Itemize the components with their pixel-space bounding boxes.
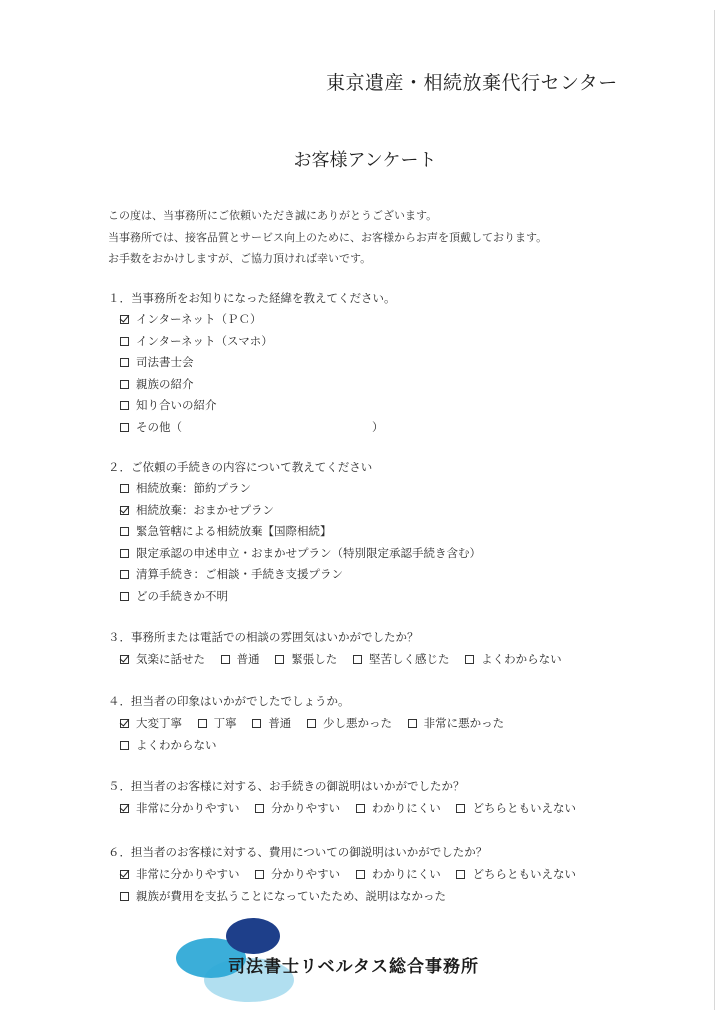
option-acquaintance-referral[interactable]: 知り合いの紹介	[108, 395, 396, 417]
organization-name: 東京遺産・相続放棄代行センター	[326, 68, 618, 95]
question-title: ５．担当者のお客様に対する、お手続きの御説明はいかがでしたか？	[108, 775, 588, 797]
question-2: ２．ご依頼の手続きの内容について教えてください 相続放棄：節約プラン 相続放棄：…	[108, 456, 481, 607]
option-relative-referral[interactable]: 親族の紹介	[108, 374, 396, 396]
page-title: お客様アンケート	[0, 146, 720, 172]
checkbox-icon[interactable]	[307, 719, 316, 728]
option-clear[interactable]: 分かりやすい	[255, 863, 340, 885]
options-row: 親族が費用を支払うことになっていたため、説明はなかった	[108, 885, 588, 907]
checkbox-icon[interactable]	[356, 804, 365, 813]
checkbox-icon[interactable]	[120, 592, 129, 601]
question-title: １．当事務所をお知りになった経緯を教えてください。	[108, 287, 396, 309]
question-1: １．当事務所をお知りになった経緯を教えてください。 インターネット（ＰＣ） イン…	[108, 287, 396, 438]
checkbox-icon[interactable]	[120, 380, 129, 389]
option-polite[interactable]: 丁寧	[198, 712, 237, 734]
question-5: ５．担当者のお客様に対する、お手続きの御説明はいかがでしたか？ 非常に分かりやす…	[108, 775, 588, 819]
option-other[interactable]: その他（）	[108, 417, 396, 439]
checkbox-icon[interactable]	[275, 655, 284, 664]
option-neutral[interactable]: どちらともいえない	[456, 797, 576, 819]
firm-logo: 司法書士リベルタス総合事務所	[176, 918, 556, 1008]
options-row: よくわからない	[108, 734, 516, 756]
checkbox-icon[interactable]	[221, 655, 230, 664]
option-slightly-bad[interactable]: 少し悪かった	[307, 712, 392, 734]
option-emergency-international[interactable]: 緊急管轄による相続放棄【国際相続】	[108, 521, 481, 543]
options-row: 非常に分かりやすい 分かりやすい わかりにくい どちらともいえない	[108, 797, 588, 819]
checkbox-icon[interactable]	[353, 655, 362, 664]
option-liquidation-support[interactable]: 清算手続き：ご相談・手続き支援プラン	[108, 564, 481, 586]
checkbox-icon[interactable]	[120, 484, 129, 493]
checkbox-icon[interactable]	[456, 870, 465, 879]
checkbox-icon[interactable]	[408, 719, 417, 728]
options-row: 非常に分かりやすい 分かりやすい わかりにくい どちらともいえない	[108, 863, 588, 885]
question-title: ３．事務所または電話での相談の雰囲気はいかがでしたか？	[108, 626, 574, 648]
intro-line: 当事務所では、接客品質とサービス向上のために、お客様からお声を頂戴しております。	[108, 227, 547, 249]
option-renunciation-full-service[interactable]: 相続放棄：おまかせプラン	[108, 500, 481, 522]
option-normal[interactable]: 普通	[252, 712, 291, 734]
checkbox-checked-icon[interactable]	[120, 719, 129, 728]
checkbox-icon[interactable]	[255, 870, 264, 879]
checkbox-icon[interactable]	[120, 741, 129, 750]
checkbox-icon[interactable]	[120, 401, 129, 410]
checkbox-icon[interactable]	[255, 804, 264, 813]
option-nervous[interactable]: 緊張した	[275, 648, 337, 670]
intro-line: この度は、当事務所にご依頼いただき誠にありがとうございます。	[108, 205, 547, 227]
logo-circle-dark-icon	[226, 918, 280, 954]
option-renunciation-economy[interactable]: 相続放棄：節約プラン	[108, 478, 481, 500]
checkbox-icon[interactable]	[120, 358, 129, 367]
checkbox-checked-icon[interactable]	[120, 870, 129, 879]
checkbox-icon[interactable]	[465, 655, 474, 664]
option-unclear[interactable]: わかりにくい	[356, 863, 441, 885]
checkbox-icon[interactable]	[198, 719, 207, 728]
option-not-sure[interactable]: よくわからない	[465, 648, 562, 670]
option-very-polite[interactable]: 大変丁寧	[120, 712, 182, 734]
checkbox-checked-icon[interactable]	[120, 506, 129, 515]
question-title: ２．ご依頼の手続きの内容について教えてください	[108, 456, 481, 478]
option-limited-acceptance[interactable]: 限定承認の申述申立・おまかせプラン（特別限定承認手続き含む）	[108, 543, 481, 565]
option-relaxed[interactable]: 気楽に話せた	[120, 648, 205, 670]
checkbox-checked-icon[interactable]	[120, 315, 129, 324]
option-not-sure[interactable]: よくわからない	[120, 734, 217, 756]
checkbox-icon[interactable]	[120, 423, 129, 432]
option-very-clear[interactable]: 非常に分かりやすい	[120, 863, 240, 885]
option-unclear[interactable]: わかりにくい	[356, 797, 441, 819]
checkbox-icon[interactable]	[120, 892, 129, 901]
checkbox-icon[interactable]	[120, 337, 129, 346]
option-relative-paid-no-explanation[interactable]: 親族が費用を支払うことになっていたため、説明はなかった	[120, 885, 446, 907]
option-clear[interactable]: 分かりやすい	[255, 797, 340, 819]
intro-text: この度は、当事務所にご依頼いただき誠にありがとうございます。 当事務所では、接客…	[108, 205, 547, 270]
options-row: 気楽に話せた 普通 緊張した 堅苦しく感じた よくわからない	[108, 648, 574, 670]
intro-line: お手数をおかけしますが、ご協力頂ければ幸いです。	[108, 248, 547, 270]
question-6: ６．担当者のお客様に対する、費用についての御説明はいかがでしたか？ 非常に分かり…	[108, 841, 588, 907]
checkbox-icon[interactable]	[252, 719, 261, 728]
option-internet-pc[interactable]: インターネット（ＰＣ）	[108, 309, 396, 331]
question-title: ４．担当者の印象はいかがでしたでしょうか。	[108, 690, 516, 712]
checkbox-icon[interactable]	[356, 870, 365, 879]
option-formal[interactable]: 堅苦しく感じた	[353, 648, 450, 670]
question-3: ３．事務所または電話での相談の雰囲気はいかがでしたか？ 気楽に話せた 普通 緊張…	[108, 626, 574, 670]
checkbox-icon[interactable]	[456, 804, 465, 813]
option-neutral[interactable]: どちらともいえない	[456, 863, 576, 885]
question-title: ６．担当者のお客様に対する、費用についての御説明はいかがでしたか？	[108, 841, 588, 863]
checkbox-checked-icon[interactable]	[120, 804, 129, 813]
option-judicial-scriveners-assoc[interactable]: 司法書士会	[108, 352, 396, 374]
options-row: 大変丁寧 丁寧 普通 少し悪かった 非常に悪かった	[108, 712, 516, 734]
option-very-bad[interactable]: 非常に悪かった	[408, 712, 505, 734]
option-unknown-procedure[interactable]: どの手続きか不明	[108, 586, 481, 608]
checkbox-icon[interactable]	[120, 527, 129, 536]
question-4: ４．担当者の印象はいかがでしたでしょうか。 大変丁寧 丁寧 普通 少し悪かった …	[108, 690, 516, 756]
checkbox-checked-icon[interactable]	[120, 655, 129, 664]
option-internet-smartphone[interactable]: インターネット（スマホ）	[108, 331, 396, 353]
option-normal[interactable]: 普通	[221, 648, 260, 670]
checkbox-icon[interactable]	[120, 570, 129, 579]
option-very-clear[interactable]: 非常に分かりやすい	[120, 797, 240, 819]
firm-name: 司法書士リベルタス総合事務所	[228, 952, 479, 977]
checkbox-icon[interactable]	[120, 549, 129, 558]
